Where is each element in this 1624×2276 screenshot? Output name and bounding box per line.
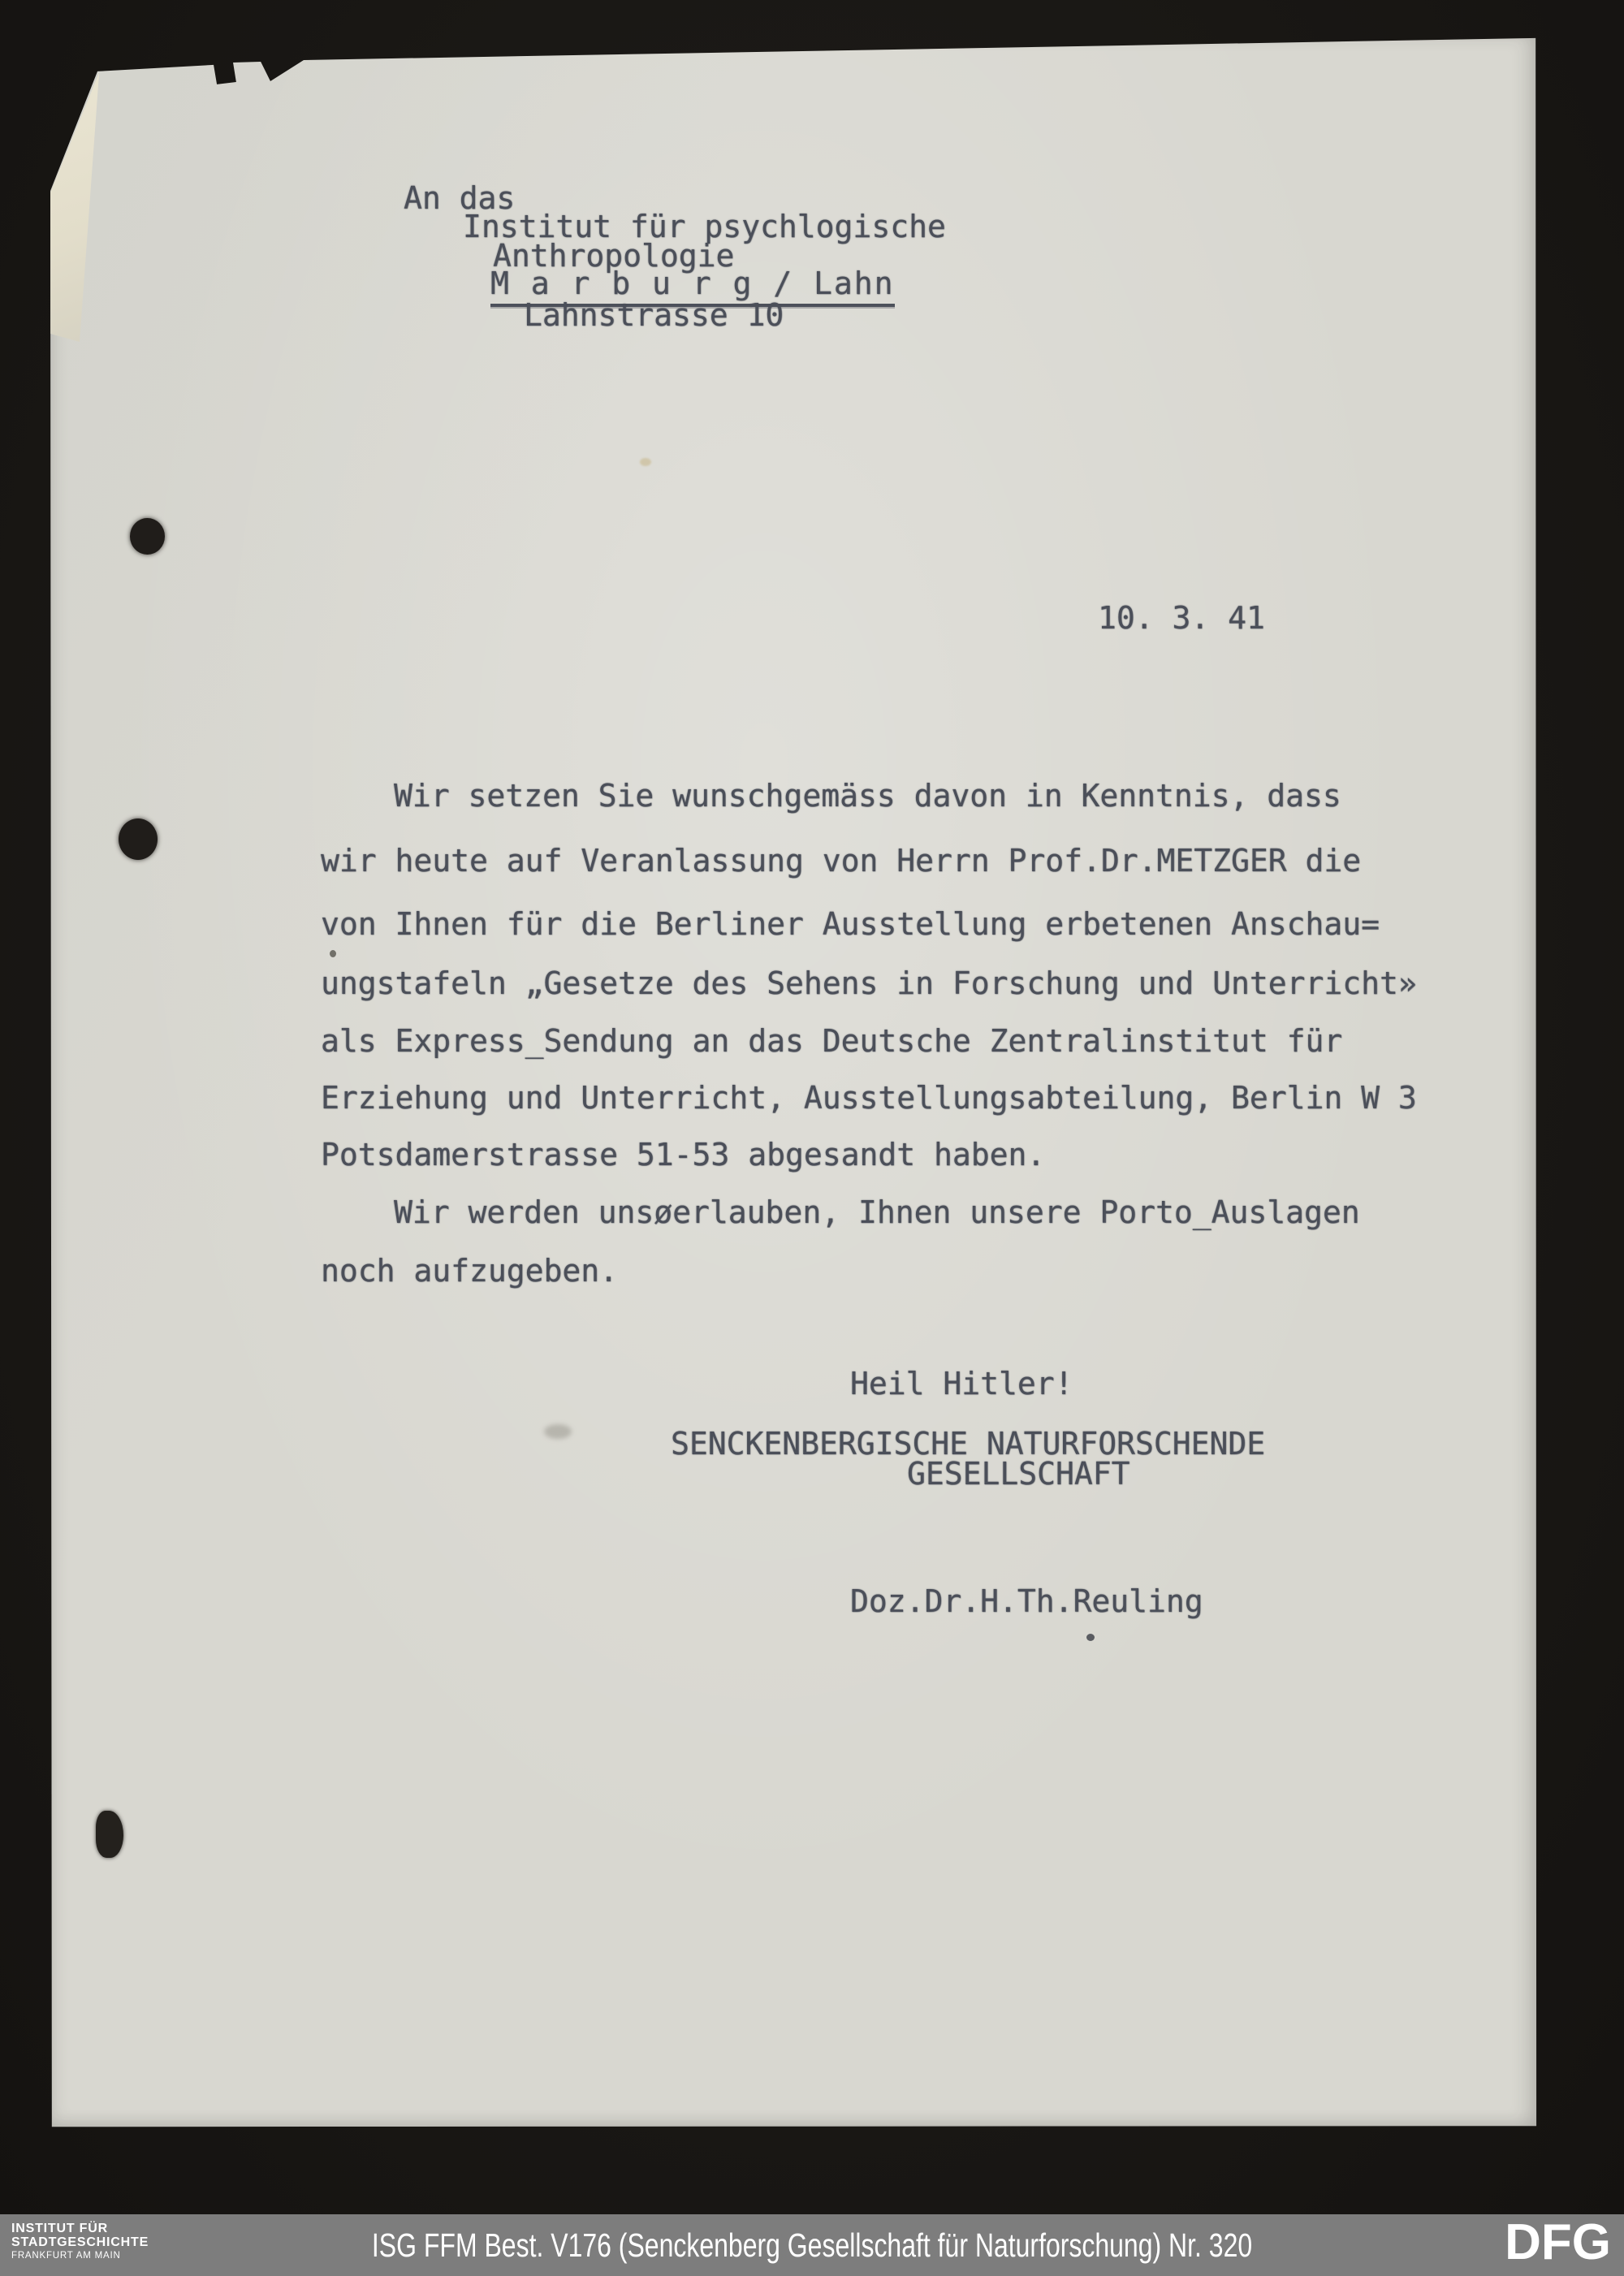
closing-salute: Heil Hitler! xyxy=(850,1367,1073,1401)
recipient-street: Lahnstrasse 10 xyxy=(524,299,784,333)
signature-name: Doz.Dr.H.Th.Reuling xyxy=(850,1585,1203,1619)
folded-corner xyxy=(50,70,101,342)
body-line: Erziehung und Unterricht, Ausstellungsab… xyxy=(321,1082,1417,1116)
letter-date: 10. 3. 41 xyxy=(1098,602,1265,636)
body-line: ungstafeln „Gesetze des Sehens in Forsch… xyxy=(321,967,1417,1001)
paper-stain xyxy=(640,458,651,466)
punch-hole-top xyxy=(130,518,165,555)
body-line: Wir werden unsøerlauben, Ihnen unsere Po… xyxy=(394,1196,1360,1230)
body-line: als Express_Sendung an das Deutsche Zent… xyxy=(321,1025,1342,1059)
body-line: wir heute auf Veranlassung von Herrn Pro… xyxy=(321,844,1361,879)
edge-tear-mark xyxy=(96,1811,123,1858)
body-line: Potsdamerstrasse 51-53 abgesandt haben. xyxy=(321,1138,1045,1173)
archive-scan-viewer: An das Institut für psychlogische Anthro… xyxy=(0,0,1624,2276)
closing-org-line2: GESELLSCHAFT xyxy=(907,1458,1130,1492)
body-line: noch aufzugeben. xyxy=(321,1255,618,1289)
body-line: Wir setzen Sie wunschgemäss davon in Ken… xyxy=(394,780,1341,814)
footer-bar: INSTITUT FÜR STADTGESCHICHTE FRANKFURT A… xyxy=(0,2214,1624,2276)
paper-smudge xyxy=(544,1424,572,1439)
ink-dot xyxy=(1086,1634,1095,1641)
punch-hole-bottom xyxy=(119,818,158,860)
archive-reference: ISG FFM Best. V176 (Senckenberg Gesellsc… xyxy=(0,2214,1624,2276)
dfg-logo: DFG xyxy=(1505,2213,1611,2271)
body-line: von Ihnen für die Berliner Ausstellung e… xyxy=(321,908,1380,942)
ink-speck xyxy=(330,950,336,957)
archive-reference-text: ISG FFM Best. V176 (Senckenberg Gesellsc… xyxy=(372,2226,1252,2265)
